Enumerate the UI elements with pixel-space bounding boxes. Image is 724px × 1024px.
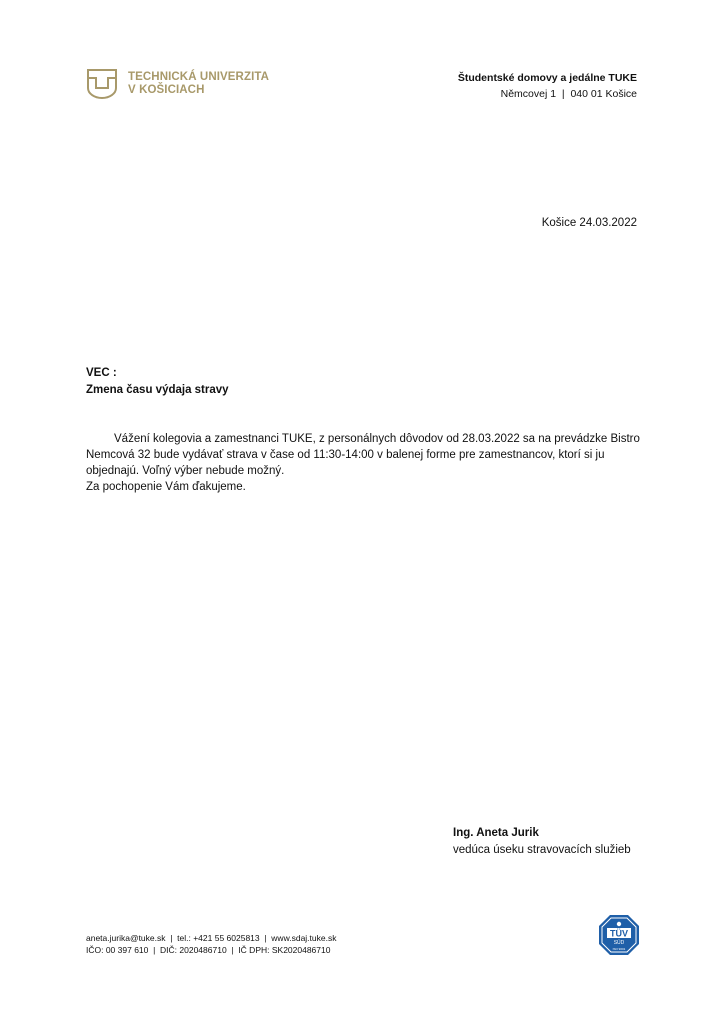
signatory-position: vedúca úseku stravovacích služieb [453, 842, 631, 859]
university-name: TECHNICKÁ UNIVERZITA V KOŠICIACH [128, 71, 269, 97]
letter-date: Košice 24.03.2022 [542, 217, 637, 229]
university-logo: TECHNICKÁ UNIVERZITA V KOŠICIACH [86, 68, 269, 100]
svg-text:ISO 9001: ISO 9001 [613, 947, 626, 951]
letter-body: Vážení kolegovia a zamestnanci TUKE, z p… [86, 431, 646, 495]
organization-name: Študentské domovy a jedálne TUKE [458, 70, 637, 86]
footer-contacts: aneta.jurika@tuke.sk | tel.: +421 55 602… [86, 932, 336, 956]
svg-text:TÜV: TÜV [610, 929, 628, 939]
footer-line-contact: aneta.jurika@tuke.sk | tel.: +421 55 602… [86, 932, 336, 944]
closing-line: Za pochopenie Vám ďakujeme. [86, 479, 646, 495]
sender-header: Študentské domovy a jedálne TUKE Němcove… [458, 70, 637, 102]
tuke-logo-icon [86, 68, 118, 100]
body-paragraph: Vážení kolegovia a zamestnanci TUKE, z p… [86, 431, 646, 479]
subject-label: VEC : [86, 365, 229, 382]
footer-line-ids: IČO: 00 397 610 | DIČ: 2020486710 | IČ D… [86, 944, 336, 956]
signatory-name: Ing. Aneta Jurik [453, 825, 631, 842]
subject-title: Zmena času výdaja stravy [86, 382, 229, 399]
tuv-certification-icon: TÜV SÜD ISO 9001 [598, 914, 640, 956]
organization-address: Němcovej 1 | 040 01 Košice [458, 86, 637, 102]
svg-text:SÜD: SÜD [614, 939, 625, 946]
signature-block: Ing. Aneta Jurik vedúca úseku stravovací… [453, 825, 631, 859]
subject-block: VEC : Zmena času výdaja stravy [86, 365, 229, 399]
